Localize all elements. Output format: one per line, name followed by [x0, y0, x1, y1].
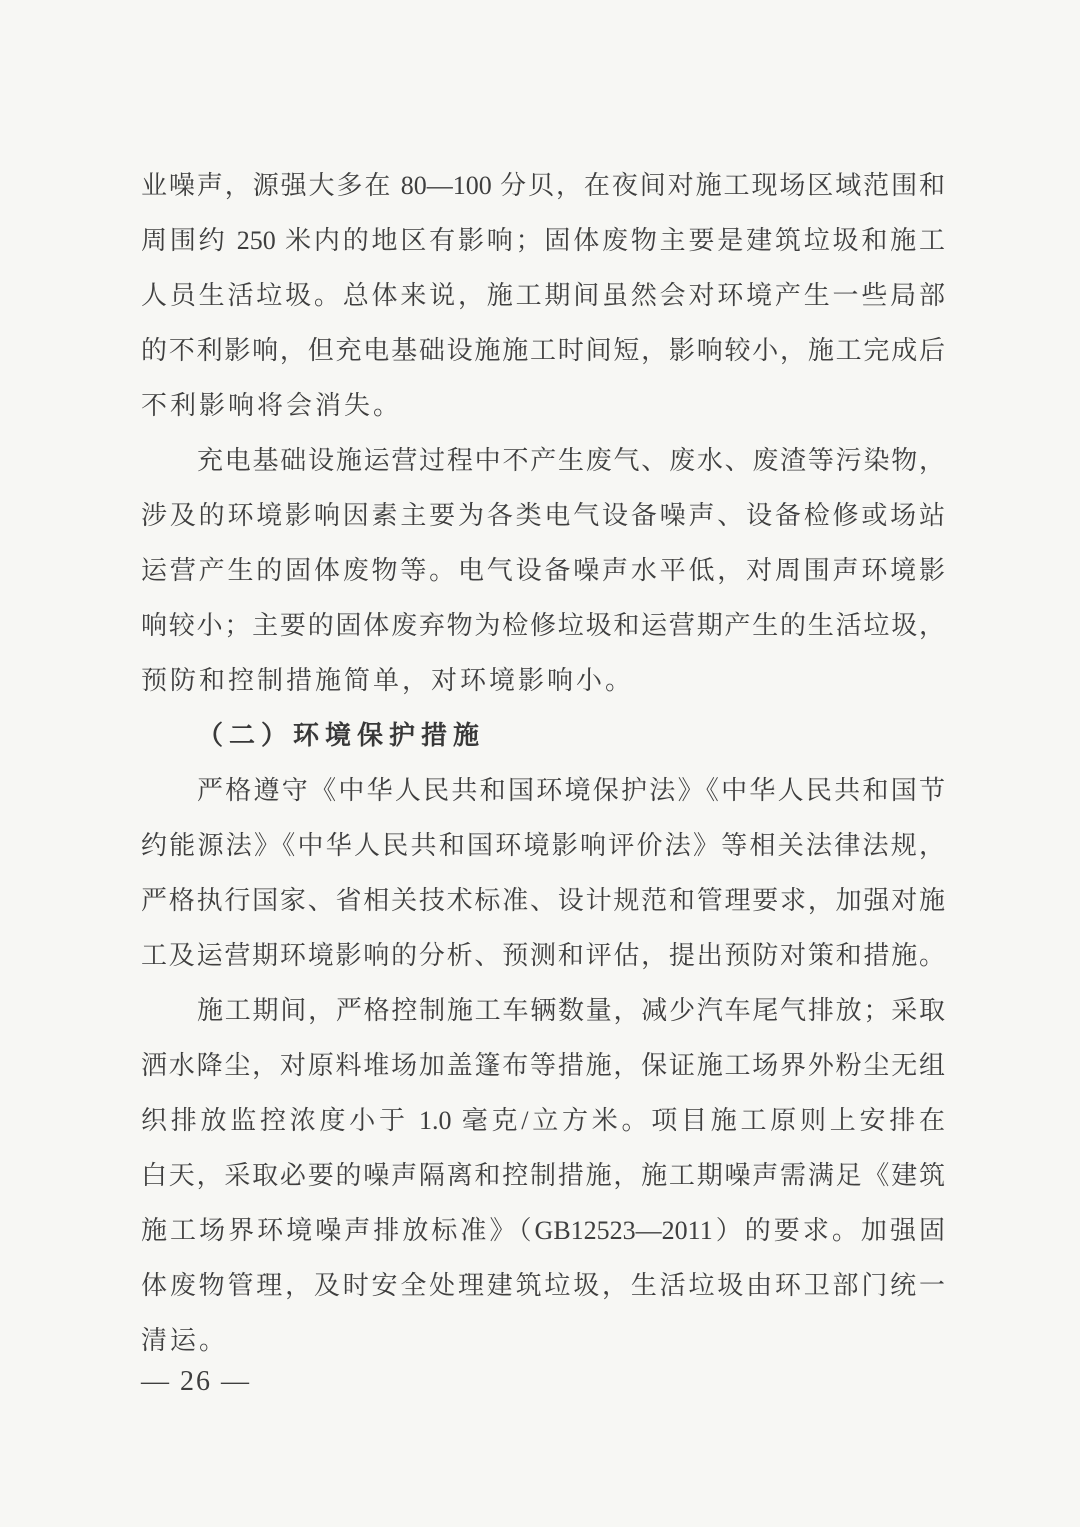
text-line: 不利影响将会消失。: [141, 378, 945, 433]
document-page: 业噪声，源强大多在 80—100 分贝，在夜间对施工现场区域范围和周围约 250…: [0, 0, 1080, 1527]
text-line: 的不利影响，但充电基础设施施工时间短，影响较小，施工完成后: [141, 323, 945, 378]
text-line: 充电基础设施运营过程中不产生废气、废水、废渣等污染物，: [141, 433, 945, 488]
paragraph: 施工期间，严格控制施工车辆数量，减少汽车尾气排放；采取洒水降尘，对原料堆场加盖篷…: [141, 983, 945, 1368]
paragraph: 充电基础设施运营过程中不产生废气、废水、废渣等污染物，涉及的环境影响因素主要为各…: [141, 433, 945, 708]
text-line: 预防和控制措施简单，对环境影响小。: [141, 653, 945, 708]
text-line: 响较小；主要的固体废弃物为检修垃圾和运营期产生的生活垃圾，: [141, 598, 945, 653]
text-line: 施工场界环境噪声排放标准》（GB12523—2011）的要求。加强固: [141, 1203, 945, 1258]
text-line: 体废物管理，及时安全处理建筑垃圾，生活垃圾由环卫部门统一: [141, 1258, 945, 1313]
text-line: 约能源法》《中华人民共和国环境影响评价法》等相关法律法规，: [141, 818, 945, 873]
text-line: 清运。: [141, 1313, 945, 1368]
text-line: 周围约 250 米内的地区有影响；固体废物主要是建筑垃圾和施工: [141, 213, 945, 268]
section-heading: （二）环境保护措施: [141, 708, 945, 763]
text-line: 严格执行国家、省相关技术标准、设计规范和管理要求，加强对施: [141, 873, 945, 928]
document-body: 业噪声，源强大多在 80—100 分贝，在夜间对施工现场区域范围和周围约 250…: [0, 0, 1080, 1368]
text-line: 运营产生的固体废物等。电气设备噪声水平低，对周围声环境影: [141, 543, 945, 598]
text-line: 人员生活垃圾。总体来说，施工期间虽然会对环境产生一些局部: [141, 268, 945, 323]
text-line: 涉及的环境影响因素主要为各类电气设备噪声、设备检修或场站: [141, 488, 945, 543]
text-line: 严格遵守《中华人民共和国环境保护法》《中华人民共和国节: [141, 763, 945, 818]
text-line: 工及运营期环境影响的分析、预测和评估，提出预防对策和措施。: [141, 928, 945, 983]
page-number: — 26 —: [0, 1362, 1080, 1402]
text-line: 业噪声，源强大多在 80—100 分贝，在夜间对施工现场区域范围和: [141, 158, 945, 213]
text-line: （二）环境保护措施: [141, 708, 945, 763]
text-line: 洒水降尘，对原料堆场加盖篷布等措施，保证施工场界外粉尘无组: [141, 1038, 945, 1093]
text-line: 织排放监控浓度小于 1.0 毫克/立方米。项目施工原则上安排在: [141, 1093, 945, 1148]
paragraph: 业噪声，源强大多在 80—100 分贝，在夜间对施工现场区域范围和周围约 250…: [141, 158, 945, 433]
text-line: 施工期间，严格控制施工车辆数量，减少汽车尾气排放；采取: [141, 983, 945, 1038]
text-line: 白天，采取必要的噪声隔离和控制措施，施工期噪声需满足《建筑: [141, 1148, 945, 1203]
paragraph: 严格遵守《中华人民共和国环境保护法》《中华人民共和国节约能源法》《中华人民共和国…: [141, 763, 945, 983]
